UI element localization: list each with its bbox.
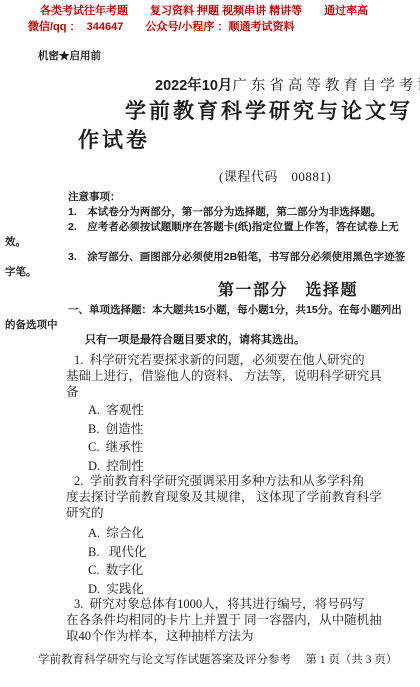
question-3-stem: 3. 研究对象总体有1000人，将其进行编号，将号码写 在各条件均相同的卡片上并… bbox=[66, 596, 366, 644]
exam-session-title: 2022年10月广东省高等教育自学考试 bbox=[155, 77, 420, 95]
exam-session-date: 2022年10月 bbox=[155, 78, 232, 94]
exam-session-name: 广东省高等教育自学考试 bbox=[232, 78, 420, 94]
question-1-options: A. 客观性 B. 创造性 C. 继承性 D. 控制性 bbox=[88, 401, 144, 475]
question-1-stem: 1. 科学研究若要探求新的问题，必须要在他人研究的 基础上进行，借鉴他人的资料、… bbox=[66, 352, 366, 400]
question-2-options: A. 综合化 B. 现代化 C. 数字化 D. 实践化 bbox=[88, 524, 146, 598]
notice-item-1: 1. 本试卷分为两部分，第一部分为选择题，第二部分为非选择题。 bbox=[5, 205, 419, 220]
promo-banner: 各类考试往年考题 复习资料 押题 视频串讲 精讲等 通过率高 微信/qq ： 3… bbox=[28, 3, 418, 35]
mcq-intro: 一、单项选择题：本大题共15小题，每小题1分，共15分。在每小题列出 的备选项中 bbox=[5, 303, 419, 333]
notice-item-2: 2. 应考者必须按试题顺序在答题卡(纸)指定位置上作答，答在试卷上无 效。 bbox=[5, 220, 419, 250]
page-footer: 学前教育科学研究与论文写作试题答案及评分参考 第 1 页（共 3 页） bbox=[38, 653, 397, 668]
question-2-stem: 2. 学前教育科学研究强调采用多种方法和从多学科角 度去探讨学前教育现象及其规律… bbox=[66, 473, 366, 521]
course-code: (课程代码 00881) bbox=[219, 168, 331, 185]
notice-title: 注意事项： bbox=[68, 190, 121, 205]
mcq-instruction: 只有一项是最符合题目要求的，请将其选出。 bbox=[85, 333, 305, 347]
notice-item-3: 3. 涂写部分、画图部分必须使用2B铅笔，书写部分必须使用黑色字迹签 字笔。 bbox=[5, 250, 419, 280]
paper-title: 学前教育科学研究与论文写 作试卷 bbox=[78, 97, 420, 155]
exam-paper-page: 各类考试往年考题 复习资料 押题 视频串讲 精讲等 通过率高 微信/qq ： 3… bbox=[0, 0, 420, 687]
part1-heading: 第一部分 选择题 bbox=[218, 281, 358, 300]
classified-label: 机密★启用前 bbox=[38, 50, 101, 63]
